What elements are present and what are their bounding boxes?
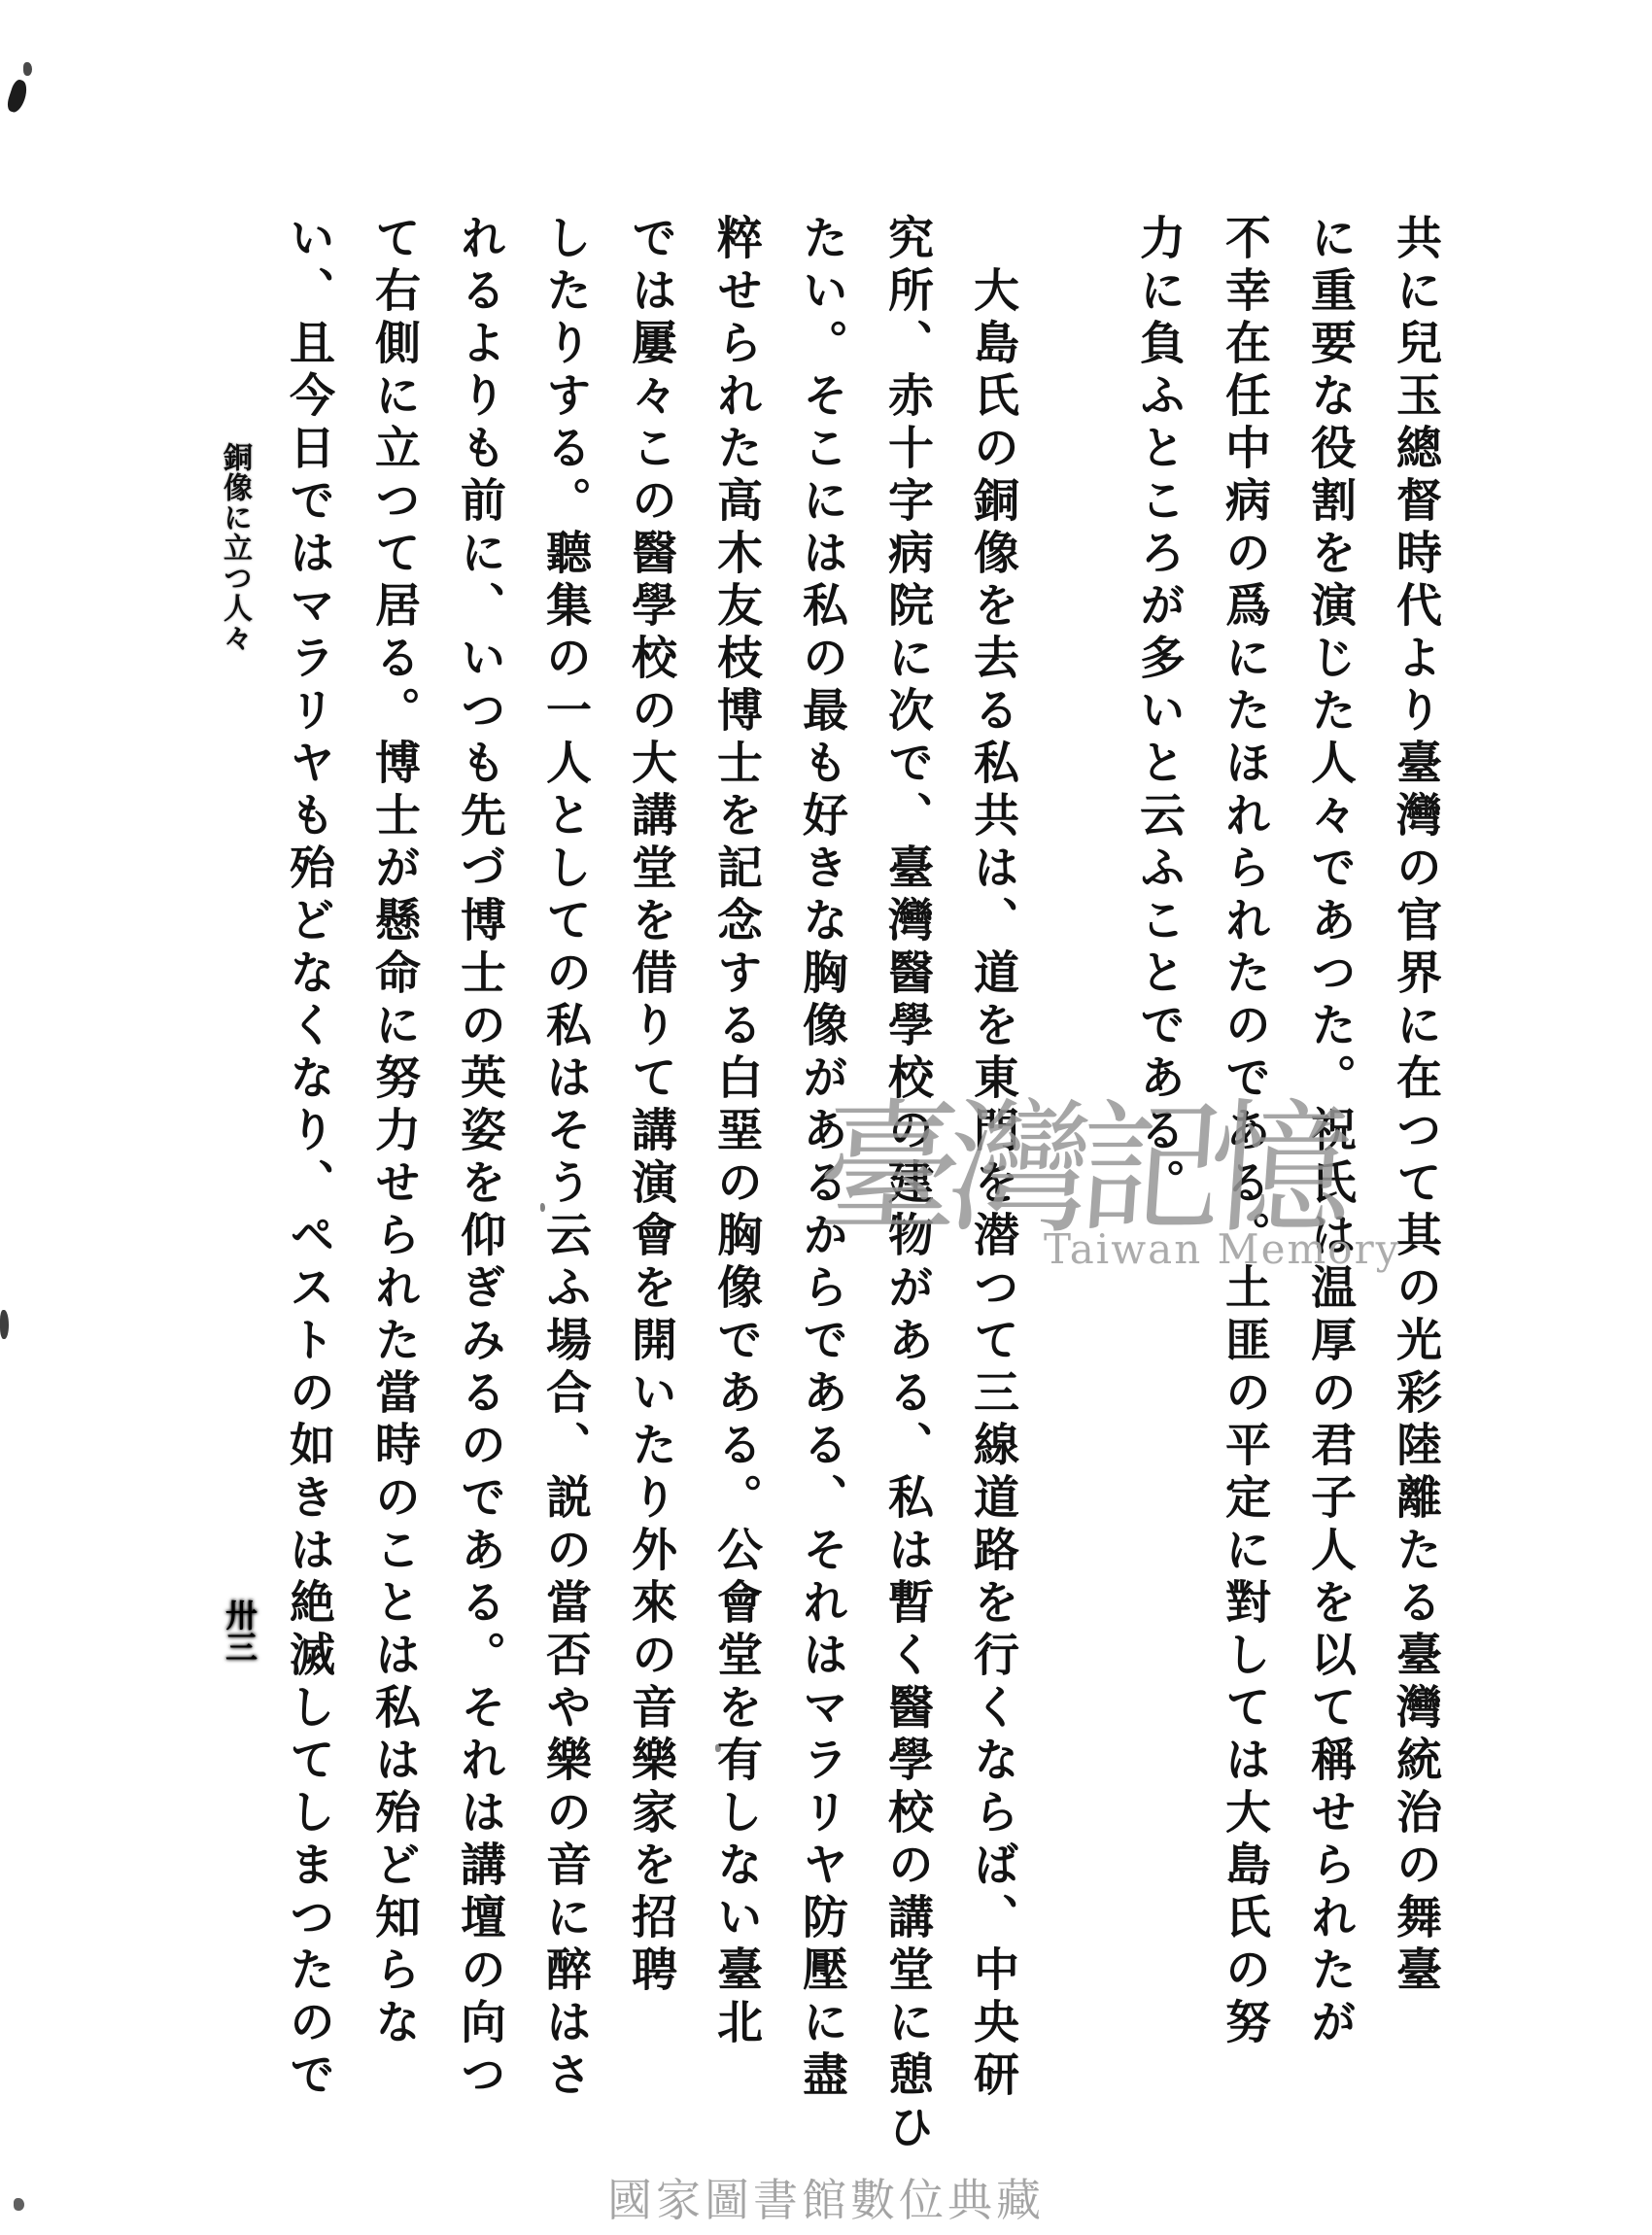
text-column: て右側に立つて居る。博士が懸命に努力せられた當時のことは私は殆ど知らな (351, 214, 436, 2148)
text-column: に重要な役割を演じた人々であつた。祝氏は温厚の君子人を以て稱せられたが (1287, 214, 1372, 2148)
body-text-block: 共に兒玉總督時代より臺灣の官界に在つて其の光彩陸離たる臺灣統治の舞臺 に重要な役… (265, 214, 1458, 2148)
text-column: 共に兒玉總督時代より臺灣の官界に在つて其の光彩陸離たる臺灣統治の舞臺 (1372, 214, 1458, 2148)
ink-speck (0, 1310, 9, 1339)
text-column: したりする。聽集の一人としての私はそう云ふ場合、説の當否や樂の音に醉はさ (522, 214, 607, 2148)
text-column-paragraph-start: 大島氏の銅像を去る私共は、道を東門を潜つて三線道路を行くならば、中央研 (949, 214, 1035, 2148)
archive-caption: 國家圖書館數位典藏 (607, 2165, 1045, 2229)
ink-speck (715, 1744, 721, 1752)
ink-speck (540, 1203, 545, 1212)
text-column: 粹せられた高木友枝博士を記念する白堊の胸像である。公會堂を有しない臺北 (693, 214, 778, 2148)
text-column: 究所、赤十字病院に次で、臺灣醫學校の建物がある、私は暫く醫學校の講堂に憩ひ (864, 214, 949, 2148)
ink-speck (14, 2198, 24, 2211)
text-column: れるよりも前に、いつも先づ博士の英姿を仰ぎみるのである。それは講壇の向つ (436, 214, 522, 2148)
text-column: たい。そこには私の最も好きな胸像があるからである、それはマラリヤ防壓に盡 (778, 214, 864, 2148)
page-number: 卅三 (218, 1599, 260, 1663)
text-column: 力に負ふところが多いと云ふことである。 (1116, 214, 1201, 2148)
margin-chapter-label: 銅像に立つ人々 (216, 442, 253, 653)
scanned-page: 共に兒玉總督時代より臺灣の官界に在つて其の光彩陸離たる臺灣統治の舞臺 に重要な役… (0, 0, 1652, 2235)
text-column: い、且今日ではマラリヤも殆どなくなり、ペストの如きは絶滅してしまつたので (265, 214, 351, 2148)
text-column: 不幸在任中病の爲にたほれられたのである。土匪の平定に對しては大島氏の努 (1201, 214, 1287, 2148)
ink-speck (5, 78, 30, 114)
text-column: では屢々この醫學校の大講堂を借りて講演會を開いたり外來の音樂家を招聘 (607, 214, 693, 2148)
ink-speck (23, 62, 32, 76)
